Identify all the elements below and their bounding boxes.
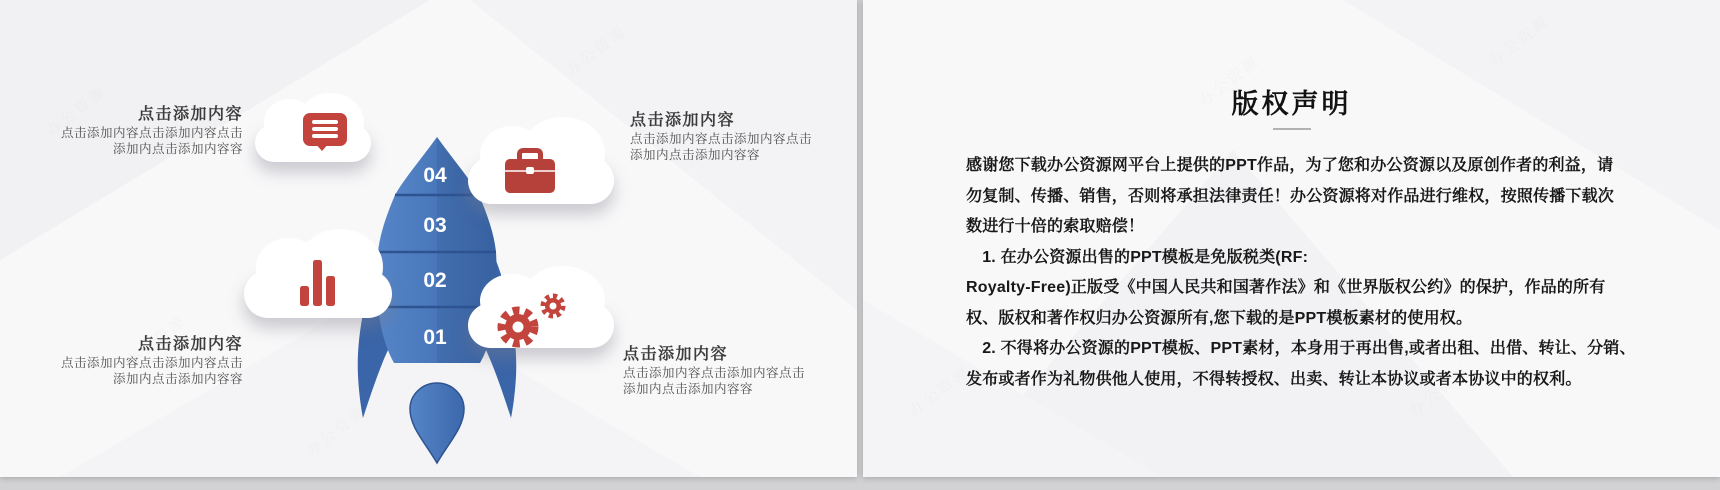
copyright-paragraph: 感谢您下载办公资源网平台上提供的PPT作品，为了您和办公资源以及原创作者的利益，… xyxy=(966,151,1690,395)
paragraph-line: Royalty-Free)正版受《中国人民共和国著作法》和《世界版权公约》的保护… xyxy=(966,273,1690,304)
stage-number-03: 03 xyxy=(423,214,446,237)
placeholder-text: 添加内点击添加内容容 xyxy=(28,372,243,388)
presentation-preview: 办公资源 办公资源 办公资源 办公资源 04 0 xyxy=(0,0,1720,490)
content-placeholder-top-left[interactable]: 点击添加内容 点击添加内容点击添加内容点击 添加内点击添加内容容 xyxy=(28,104,243,157)
placeholder-text: 添加内点击添加内容容 xyxy=(630,148,825,164)
speech-bubble-icon xyxy=(303,113,347,146)
placeholder-title: 点击添加内容 xyxy=(630,110,825,132)
title-divider xyxy=(1273,128,1311,130)
watermark: 办公资源 xyxy=(1484,10,1554,71)
placeholder-text: 添加内点击添加内容容 xyxy=(28,142,243,158)
slide-copyright[interactable]: 办公资源 办公资源 办公资源 办公资源 版权声明 感谢您下载办公资源网平台上提供… xyxy=(863,0,1720,477)
page-title: 版权声明 xyxy=(863,82,1720,121)
placeholder-text: 点击添加内容点击添加内容点击 xyxy=(28,126,243,142)
watermark: 办公资源 xyxy=(561,20,631,81)
placeholder-text: 点击添加内容点击添加内容点击 xyxy=(630,132,825,148)
bar-chart-icon xyxy=(300,258,344,306)
briefcase-icon xyxy=(505,159,555,193)
paragraph-line: 权、版权和著作权归办公资源所有,您下载的是PPT模板素材的使用权。 xyxy=(966,304,1690,335)
placeholder-text: 添加内点击添加内容容 xyxy=(623,382,818,398)
placeholder-title: 点击添加内容 xyxy=(28,334,243,356)
placeholder-text: 点击添加内容点击添加内容点击 xyxy=(623,366,818,382)
placeholder-text: 点击添加内容点击添加内容点击 xyxy=(28,356,243,372)
content-placeholder-bottom-right[interactable]: 点击添加内容 点击添加内容点击添加内容点击 添加内点击添加内容容 xyxy=(623,344,818,397)
rocket-flame xyxy=(410,383,464,463)
paragraph-line: 1. 在办公资源出售的PPT模板是免版税类(RF: xyxy=(966,243,1690,274)
gears-icon xyxy=(495,292,573,352)
paragraph-line: 勿复制、传播、销售，否则将承担法律责任！办公资源将对作品进行维权，按照传播下载次 xyxy=(966,182,1690,213)
stage-number-01: 01 xyxy=(423,326,447,349)
paragraph-line: 2. 不得将办公资源的PPT模板、PPT素材，本身用于再出售,或者出租、出借、转… xyxy=(966,334,1690,365)
placeholder-title: 点击添加内容 xyxy=(28,104,243,126)
content-placeholder-bottom-left[interactable]: 点击添加内容 点击添加内容点击添加内容点击 添加内点击添加内容容 xyxy=(28,334,243,387)
paragraph-line: 发布或者作为礼物供他人使用，不得转授权、出卖、转让本协议或者本协议中的权利。 xyxy=(966,365,1690,396)
placeholder-title: 点击添加内容 xyxy=(623,344,818,366)
paragraph-line: 数进行十倍的索取赔偿！ xyxy=(966,212,1690,243)
stage-number-02: 02 xyxy=(423,269,446,292)
paragraph-line: 感谢您下载办公资源网平台上提供的PPT作品，为了您和办公资源以及原创作者的利益，… xyxy=(966,151,1690,182)
slide-rocket-diagram[interactable]: 办公资源 办公资源 办公资源 办公资源 04 0 xyxy=(0,0,857,477)
stage-number-04: 04 xyxy=(423,164,447,187)
watermark: 办公资源 xyxy=(904,360,974,421)
content-placeholder-top-right[interactable]: 点击添加内容 点击添加内容点击添加内容点击 添加内点击添加内容容 xyxy=(630,110,825,163)
